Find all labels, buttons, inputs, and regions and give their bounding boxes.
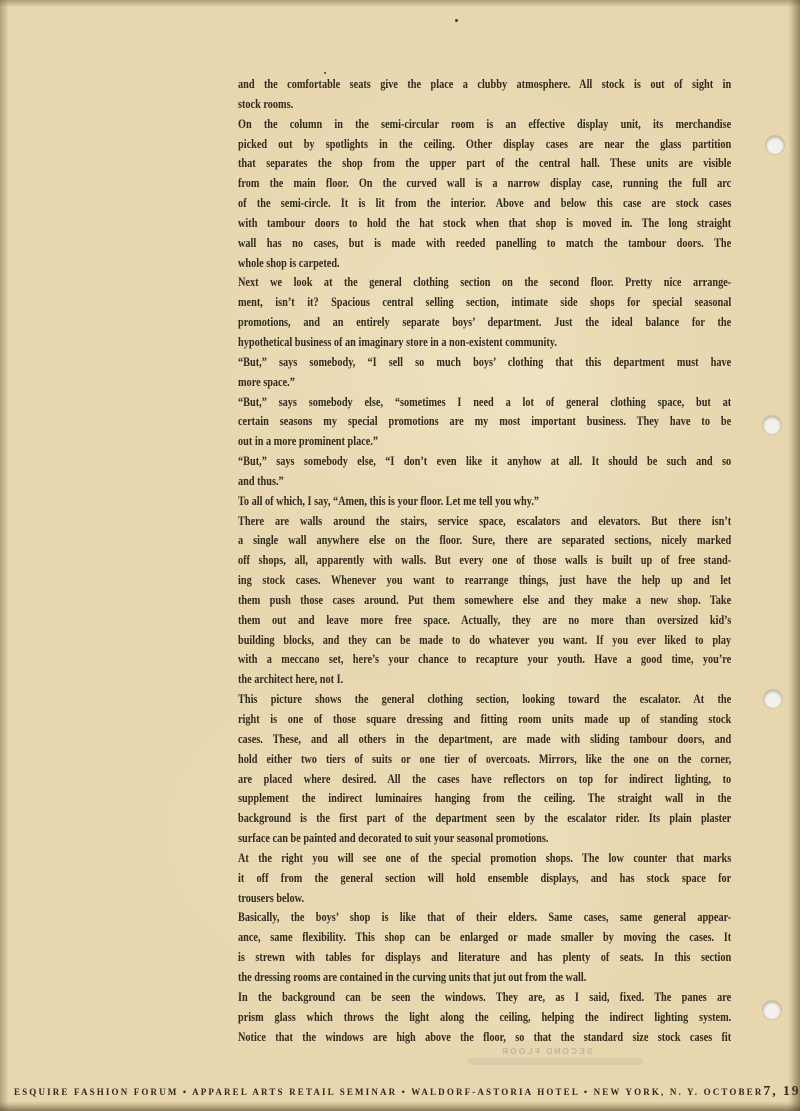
text-line: prism glass which throws the light along… [238,1008,731,1028]
text-line: Basically, the boys’ shop is like that o… [238,908,731,928]
paper-edge-left [0,0,9,1111]
text-line: Notice that the windows are high above t… [238,1028,731,1048]
text-line: certain seasons my special promotions ar… [238,412,731,432]
paper-edge-top [0,0,800,7]
text-line: wall has no cases, but is made with reed… [238,234,731,254]
text-column: and the comfortable seats give the place… [238,75,731,1047]
punch-hole [766,136,784,154]
text-line: There are walls around the stairs, servi… [238,512,731,532]
text-line: and thus.” [238,472,731,492]
paper-edge-right [788,0,800,1111]
text-line: “But,” says somebody, “I sell so much bo… [238,353,731,373]
punch-hole [764,690,782,708]
text-line: the architect here, not I. [238,670,731,690]
text-line: out in a more prominent place.” [238,432,731,452]
text-line: “But,” says somebody else, “sometimes I … [238,393,731,413]
text-line: from the main floor. On the curved wall … [238,174,731,194]
text-line: On the column in the semi-circular room … [238,115,731,135]
text-line: This picture shows the general clothing … [238,690,731,710]
punch-hole [763,416,781,434]
text-line: with a meccano set, here’s your chance t… [238,650,731,670]
dust-speck [455,19,458,22]
text-line: whole shop is carpeted. [238,254,731,274]
text-line: off shops, all, apparently with walls. B… [238,551,731,571]
text-line: Next we look at the general clothing sec… [238,273,731,293]
text-line: with tambour doors to hold the hat stock… [238,214,731,234]
text-line: picked out by spotlights in the ceiling.… [238,135,731,155]
text-line: are placed where desired. All the cases … [238,770,731,790]
text-line: hold either two tiers of suits or one ti… [238,750,731,770]
text-line: that separates the shop from the upper p… [238,154,731,174]
footer: ESQUIRE FASHION FORUM • APPAREL ARTS RET… [14,1083,793,1100]
text-line: In the background can be seen the window… [238,988,731,1008]
text-line: cases. These, and all others in the depa… [238,730,731,750]
text-line: more space.” [238,373,731,393]
text-line: of the semi-circle. It is lit from the i… [238,194,731,214]
text-line: To all of which, I say, “Amen, this is y… [238,492,731,512]
dust-speck [324,72,326,74]
text-line: At the right you will see one of the spe… [238,849,731,869]
text-line: promotions, and an entirely separate boy… [238,313,731,333]
punch-hole [763,1001,781,1019]
text-line: a single wall anywhere else on the floor… [238,531,731,551]
text-line: them push those cases around. Put them s… [238,591,731,611]
text-line: “But,” says somebody else, “I don’t even… [238,452,731,472]
text-line: supplement the indirect luminaires hangi… [238,789,731,809]
text-line: it off from the general section will hol… [238,869,731,889]
text-line: the dressing rooms are contained in the … [238,968,731,988]
text-line: stock rooms. [238,95,731,115]
text-line: ance, same flexibility. This shop can be… [238,928,731,948]
show-through-ghost-text: SECOND FLOOR [500,1046,592,1056]
text-line: background is the first part of the depa… [238,809,731,829]
text-line: ing stock cases. Whenever you want to re… [238,571,731,591]
text-line: is strewn with tables for displays and l… [238,948,731,968]
text-line: right is one of those square dressing an… [238,710,731,730]
text-line: hypothetical business of an imaginary st… [238,333,731,353]
text-line: them out and leave more free space. Actu… [238,611,731,631]
text-line: building blocks, and they can be made to… [238,631,731,651]
text-line: and the comfortable seats give the place… [238,75,731,95]
text-line: ment, isn’t it? Spacious central selling… [238,293,731,313]
show-through-ghost-bar [468,1058,643,1065]
scanned-page: and the comfortable seats give the place… [0,0,800,1111]
text-line: trousers below. [238,889,731,909]
text-line: surface can be painted and decorated to … [238,829,731,849]
footer-text: ESQUIRE FASHION FORUM • APPAREL ARTS RET… [14,1087,763,1097]
paper-edge-bottom [0,1101,800,1111]
